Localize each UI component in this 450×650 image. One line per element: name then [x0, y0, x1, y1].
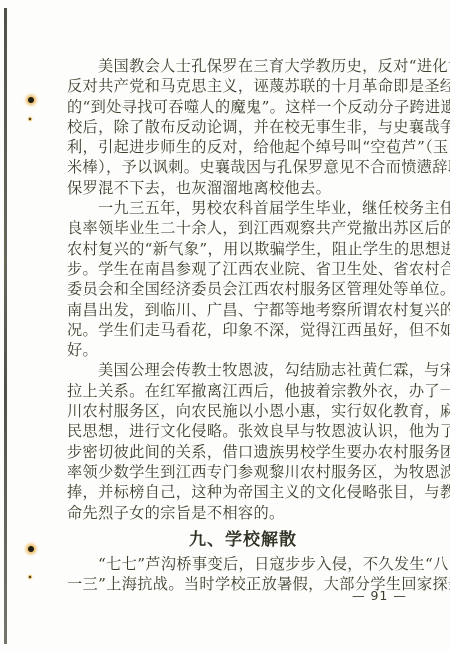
- text-line: 良率领毕业生二十余人，到江西观察共产党撤出苏区后的所谓: [67, 218, 419, 238]
- paragraph: 美国教会人士孔保罗在三育大学教历史，反对“进化论”， 反对共产党和马克思主义，诬…: [67, 56, 419, 198]
- text-line: 率领少数学生到江西专门参观黎川农村服务区，为牧恩波吹: [67, 462, 419, 482]
- text-line: 美国公理会传教士牧恩波，勾结励志社黄仁霖，与宋美龄: [67, 360, 419, 380]
- text-line: 美国教会人士孔保罗在三育大学教历史，反对“进化论”，: [67, 56, 419, 76]
- text-line: 一九三五年，男校农科首届学生毕业，继任校务主任张效: [67, 198, 419, 218]
- text-line: 步。学生在南昌参观了江西农业院、省卫生处、省农村合作事业: [67, 259, 419, 279]
- text-line: 况。学生们走马看花，印象不深，觉得江西虽好，但不如江南: [67, 320, 419, 340]
- text-line: 米棒），予以讽刺。史襄哉因与孔保罗意见不合而愤懑辞职，孔: [67, 157, 419, 177]
- binding-hole: [28, 97, 34, 103]
- binding-edge: [4, 8, 7, 644]
- paragraph: 一九三五年，男校农科首届学生毕业，继任校务主任张效 良率领毕业生二十余人，到江西…: [67, 198, 419, 360]
- text-line: 校后，除了散布反动论调，并在校无事生非，与史襄哉争权夺: [67, 117, 419, 137]
- text-line: 拉上关系。在红军撤离江西后，他披着宗教外衣，办了一个黎: [67, 381, 419, 401]
- text-line: 农村复兴的“新气象”，用以欺骗学生，阻止学生的思想进: [67, 239, 419, 259]
- text-line: “七七”芦沟桥事变后，日寇步步入侵，不久发生“八·: [67, 554, 419, 574]
- text-line: 委员会和全国经济委员会江西农村服务区管理处等单位。后从: [67, 279, 419, 299]
- text-line: 反对共产党和马克思主义，诬蔑苏联的十月革命即是圣经所说: [67, 76, 419, 96]
- section-heading: 九、学校解散: [67, 527, 419, 554]
- binding-hole: [28, 546, 34, 552]
- binding-hole: [29, 576, 31, 578]
- binding-hole: [29, 118, 31, 120]
- paragraph: 美国公理会传教士牧恩波，勾结励志社黄仁霖，与宋美龄 拉上关系。在红军撤离江西后，…: [67, 360, 419, 522]
- text-line: 民思想，进行文化侵略。张效良早与牧恩波认识，他为了进一: [67, 421, 419, 441]
- text-line: 南昌出发，到临川、广昌、宁都等地考察所谓农村复兴的情: [67, 300, 419, 320]
- page-body: 美国教会人士孔保罗在三育大学教历史，反对“进化论”， 反对共产党和马克思主义，诬…: [67, 56, 419, 594]
- text-line: 命先烈子女的宗旨是不相容的。: [67, 503, 419, 523]
- text-line: 步密切彼此间的关系，借口遗族男校学生要办农村服务团，又: [67, 442, 419, 462]
- text-line: 捧，并标榜自己，这种为帝国主义的文化侵略张目，与教育革: [67, 482, 419, 502]
- text-line: 好。: [67, 340, 419, 360]
- text-line: 的“到处寻找可吞噬人的魔鬼”。这样一个反动分子跨进遗族学: [67, 97, 419, 117]
- text-line: 保罗混不下去，也灰溜溜地离校他去。: [67, 178, 419, 198]
- text-line: 川农村服务区，向农民施以小恩小惠，实行奴化教育，麻醉农: [67, 401, 419, 421]
- text-line: 利，引起进步师生的反对，给他起个绰号叫“空苞芦”（玉: [67, 137, 419, 157]
- page-number: — 91 —: [352, 588, 407, 603]
